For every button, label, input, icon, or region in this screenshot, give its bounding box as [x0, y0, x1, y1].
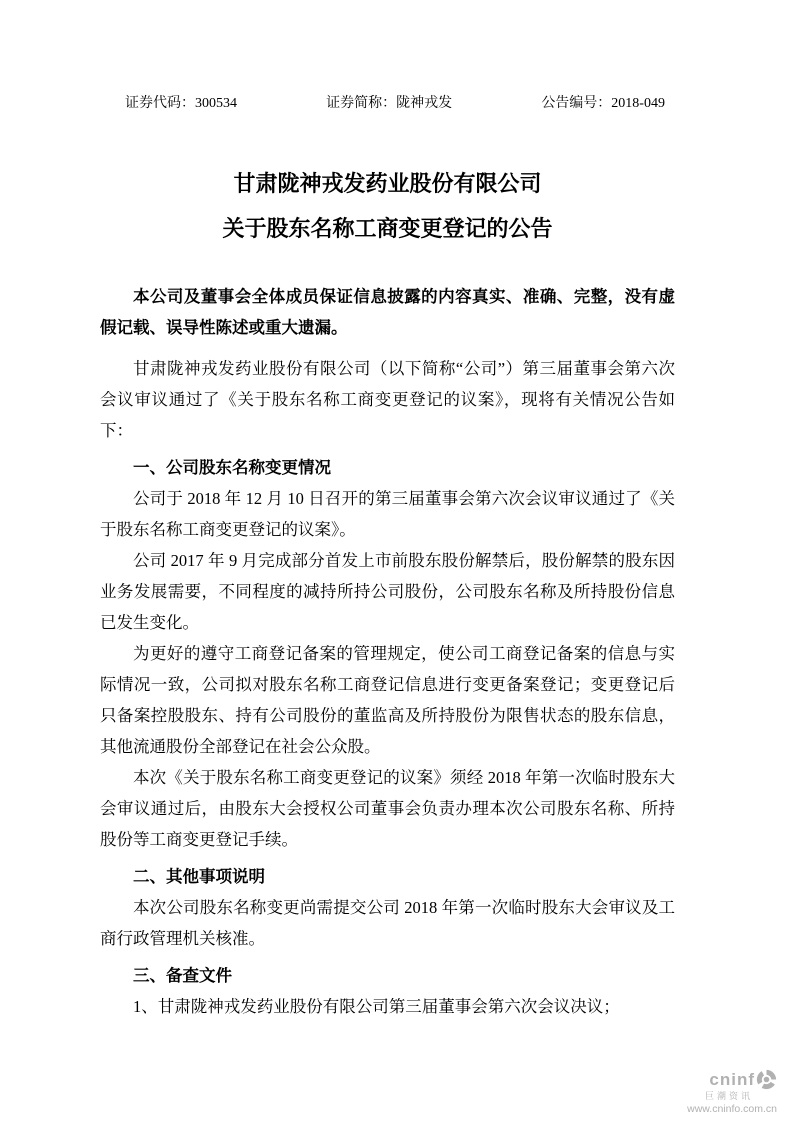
- section-3-heading: 三、备查文件: [100, 960, 675, 991]
- stock-name: 证券简称：陇神戎发: [326, 94, 452, 114]
- section-1-heading: 一、公司股东名称变更情况: [100, 452, 675, 483]
- title-line-2: 关于股东名称工商变更登记的公告: [100, 206, 675, 251]
- section-1-paragraph-4: 本次《关于股东名称工商变更登记的议案》须经 2018 年第一次临时股东大会审议通…: [100, 762, 675, 855]
- section-1-paragraph-1: 公司于 2018 年 12 月 10 日召开的第三届董事会第六次会议审议通过了《…: [100, 483, 675, 545]
- cninfo-logo-chinese: 巨潮资讯: [687, 1092, 753, 1101]
- section-2-heading: 二、其他事项说明: [100, 861, 675, 892]
- document-page: 证券代码：300534 证券简称：陇神戎发 公告编号：2018-049 甘肃陇神…: [0, 0, 793, 1122]
- cninfo-logo: cninf 巨潮资讯 www.cninfo.com.cn: [687, 1069, 777, 1115]
- section-3-item-1: 1、甘肃陇神戎发药业股份有限公司第三届董事会第六次会议决议；: [100, 991, 675, 1022]
- intro-paragraph: 甘肃陇神戎发药业股份有限公司（以下简称“公司”）第三届董事会第六次会议审议通过了…: [100, 353, 675, 446]
- announcement-number: 公告编号：2018-049: [541, 94, 665, 114]
- section-1-paragraph-3: 为更好的遵守工商登记备案的管理规定，使公司工商登记备案的信息与实际情况一致，公司…: [100, 638, 675, 762]
- title-line-1: 甘肃陇神戎发药业股份有限公司: [100, 161, 675, 206]
- document-header: 证券代码：300534 证券简称：陇神戎发 公告编号：2018-049: [100, 94, 675, 114]
- stock-code: 证券代码：300534: [125, 94, 237, 114]
- disclosure-statement: 本公司及董事会全体成员保证信息披露的内容真实、准确、完整，没有虚假记载、误导性陈…: [100, 281, 675, 343]
- section-2-paragraph-1: 本次公司股东名称变更尚需提交公司 2018 年第一次临时股东大会审议及工商行政管…: [100, 892, 675, 954]
- cninfo-logo-text: cninf: [709, 1071, 755, 1088]
- document-title: 甘肃陇神戎发药业股份有限公司 关于股东名称工商变更登记的公告: [100, 161, 675, 251]
- section-1-paragraph-2: 公司 2017 年 9 月完成部分首发上市前股东股份解禁后，股份解禁的股东因业务…: [100, 545, 675, 638]
- cninfo-logo-url: www.cninfo.com.cn: [687, 1104, 777, 1115]
- cninfo-swirl-icon: [756, 1069, 777, 1090]
- cninfo-logo-row: cninf: [687, 1069, 777, 1090]
